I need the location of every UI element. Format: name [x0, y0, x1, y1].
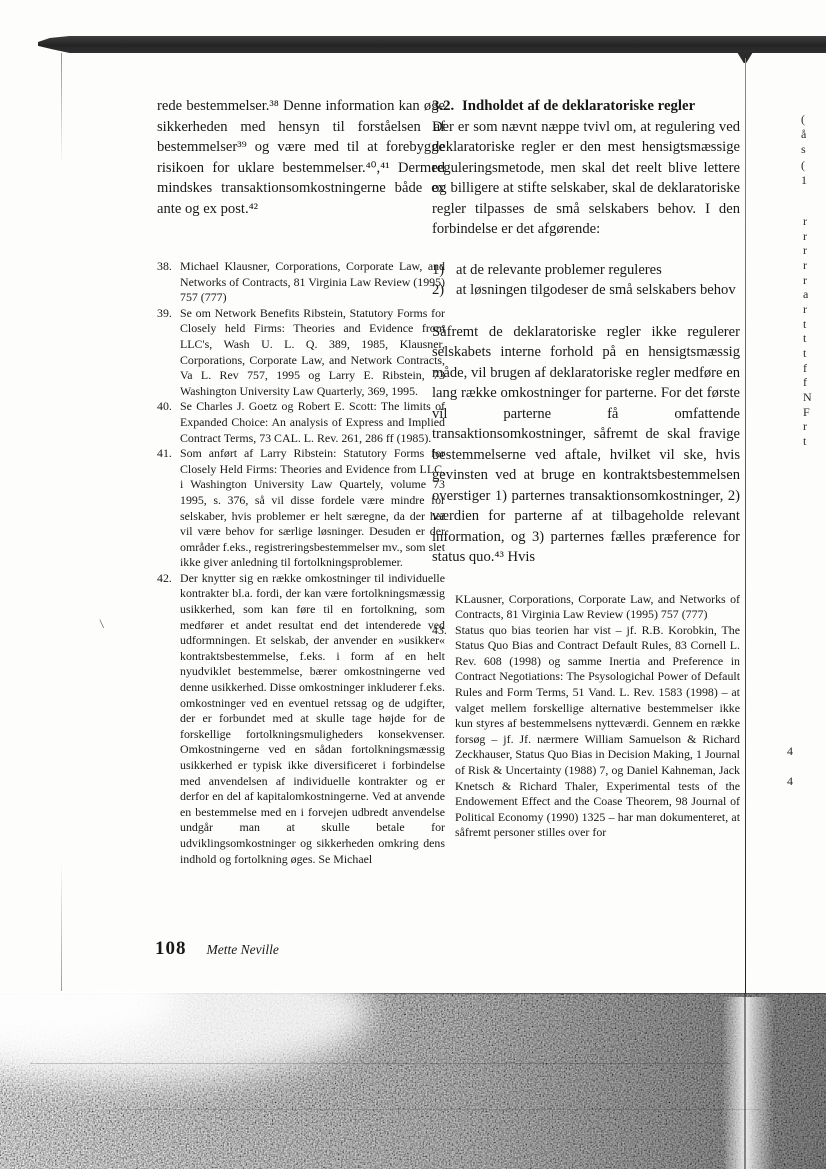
list-item-text: at de relevante problemer reguleres [456, 260, 740, 281]
section-title: Indholdet af de deklaratoriske regler [462, 96, 740, 117]
right-paragraph-1: Der er som nævnt næppe tvivl om, at regu… [432, 117, 740, 240]
left-footnotes: 38. Michael Klausner, Corporations, Corp… [157, 259, 445, 867]
footnote-text: Som anført af Larry Ribstein: Statutory … [180, 446, 445, 571]
footnote-number: 39. [157, 306, 180, 400]
footnote-number: 38. [157, 259, 180, 306]
footnote-text: Status quo bias teorien har vist – jf. R… [455, 623, 740, 841]
left-column: rede bestemmelser.³⁸ Denne information k… [157, 96, 445, 867]
list-item: 2) at løsningen tilgodeser de små selska… [432, 280, 740, 301]
list-item-number: 2) [432, 280, 456, 301]
footnote-42: 42. Der knytter sig en række omkostninge… [157, 571, 445, 867]
footnote-39: 39. Se om Network Benefits Ribstein, Sta… [157, 306, 445, 400]
footnote-number: 42. [157, 571, 180, 867]
facing-page-letter-fragments-top: ( å s ( 1 [801, 112, 807, 188]
scanned-book-page: \ ( å s ( 1 r r r r r a r t t t f f N F … [0, 0, 826, 1169]
facing-page-footnote-number-fragments: 4 4 [787, 736, 793, 796]
facing-page-letter-fragments-middle: r r r r r a r t t t f f N F r t [803, 214, 812, 449]
scan-top-edge-band [38, 36, 826, 53]
right-column: 3.2. Indholdet af de deklaratoriske regl… [432, 96, 740, 841]
footnote-number: 43. [432, 623, 455, 841]
stray-pen-mark: \ [99, 616, 104, 632]
footnote-number: 40. [157, 399, 180, 446]
section-number: 3.2. [432, 96, 462, 117]
footnote-text: Se Charles J. Goetz og Robert E. Scott: … [180, 399, 445, 446]
footnote-continuation: KLausner, Corporations, Corporate Law, a… [455, 592, 740, 623]
list-item-number: 1) [432, 260, 456, 281]
criteria-list: 1) at de relevante problemer reguleres 2… [432, 260, 740, 301]
page-left-edge-line [61, 53, 62, 991]
page-gutter-line [745, 58, 746, 994]
footnote-number: 41. [157, 446, 180, 571]
footnote-text: Se om Network Benefits Ribstein, Statuto… [180, 306, 445, 400]
list-item-text: at løsningen tilgodeser de små selskaber… [456, 280, 740, 301]
page-footer: 108 Mette Neville [155, 938, 279, 960]
footnote-41: 41. Som anført af Larry Ribstein: Statut… [157, 446, 445, 571]
right-footnotes: KLausner, Corporations, Corporate Law, a… [432, 592, 740, 842]
page-number: 108 [155, 938, 187, 960]
footnote-38: 38. Michael Klausner, Corporations, Corp… [157, 259, 445, 306]
scan-noise-band [0, 991, 826, 1169]
footnote-43: 43. Status quo bias teorien har vist – j… [432, 623, 740, 841]
footnote-text: Michael Klausner, Corporations, Corporat… [180, 259, 445, 306]
right-paragraph-2: Såfremt de deklaratoriske regler ikke re… [432, 322, 740, 568]
footnote-40: 40. Se Charles J. Goetz og Robert E. Sco… [157, 399, 445, 446]
footnote-text: Der knytter sig en række omkostninger ti… [180, 571, 445, 867]
section-heading: 3.2. Indholdet af de deklaratoriske regl… [432, 96, 740, 117]
list-item: 1) at de relevante problemer reguleres [432, 260, 740, 281]
running-author: Mette Neville [207, 942, 279, 958]
left-body-paragraph: rede bestemmelser.³⁸ Denne information k… [157, 96, 445, 219]
